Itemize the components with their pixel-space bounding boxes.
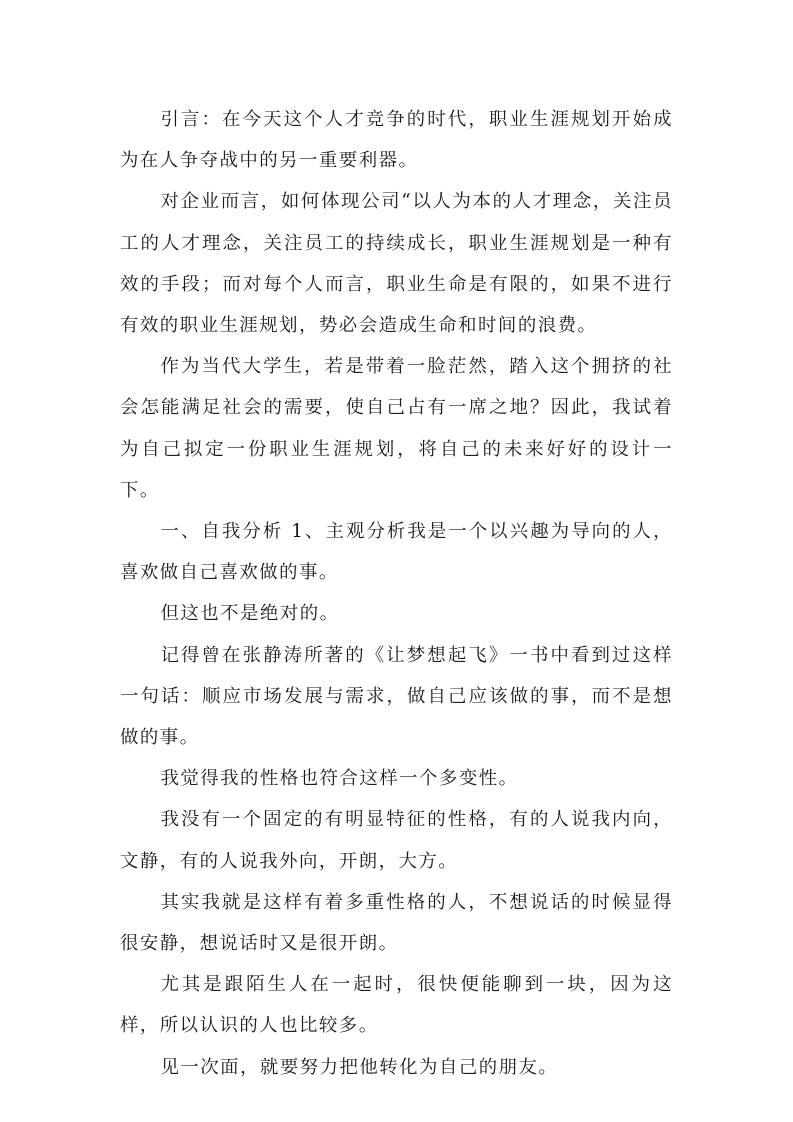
paragraph-no-fixed-trait: 我没有一个固定的有明显特征的性格，有的人说我内向，文静，有的人说我外向，开朗，大… [120,799,673,881]
paragraph-not-absolute: 但这也不是绝对的。 [120,593,673,634]
paragraph-variable-personality: 我觉得我的性格也符合这样一个多变性。 [120,758,673,799]
paragraph-book-quote: 记得曾在张静涛所著的《让梦想起飞》一书中看到过这样一句话：顺应市场发展与需求，做… [120,635,673,759]
document-page: 引言：在今天这个人才竞争的时代，职业生涯规划开始成为在人争夺战中的另一重要利器。… [120,99,673,1088]
paragraph-strangers: 尤其是跟陌生人在一起时，很快便能聊到一块，因为这样，所以认识的人也比较多。 [120,964,673,1046]
paragraph-self-analysis: 一、自我分析 1、主观分析我是一个以兴趣为导向的人，喜欢做自己喜欢做的事。 [120,511,673,593]
paragraph-student-view: 作为当代大学生，若是带着一脸茫然，踏入这个拥挤的社会怎能满足社会的需要，使自己占… [120,346,673,511]
paragraph-intro: 引言：在今天这个人才竞争的时代，职业生涯规划开始成为在人争夺战中的另一重要利器。 [120,99,673,181]
paragraph-enterprise-view: 对企业而言，如何体现公司“以人为本的人才理念，关注员工的人才理念，关注员工的持续… [120,181,673,346]
paragraph-make-friends: 见一次面，就要努力把他转化为自己的朋友。 [120,1047,673,1088]
paragraph-multiple-personality: 其实我就是这样有着多重性格的人，不想说话的时候显得很安静，想说话时又是很开朗。 [120,882,673,964]
